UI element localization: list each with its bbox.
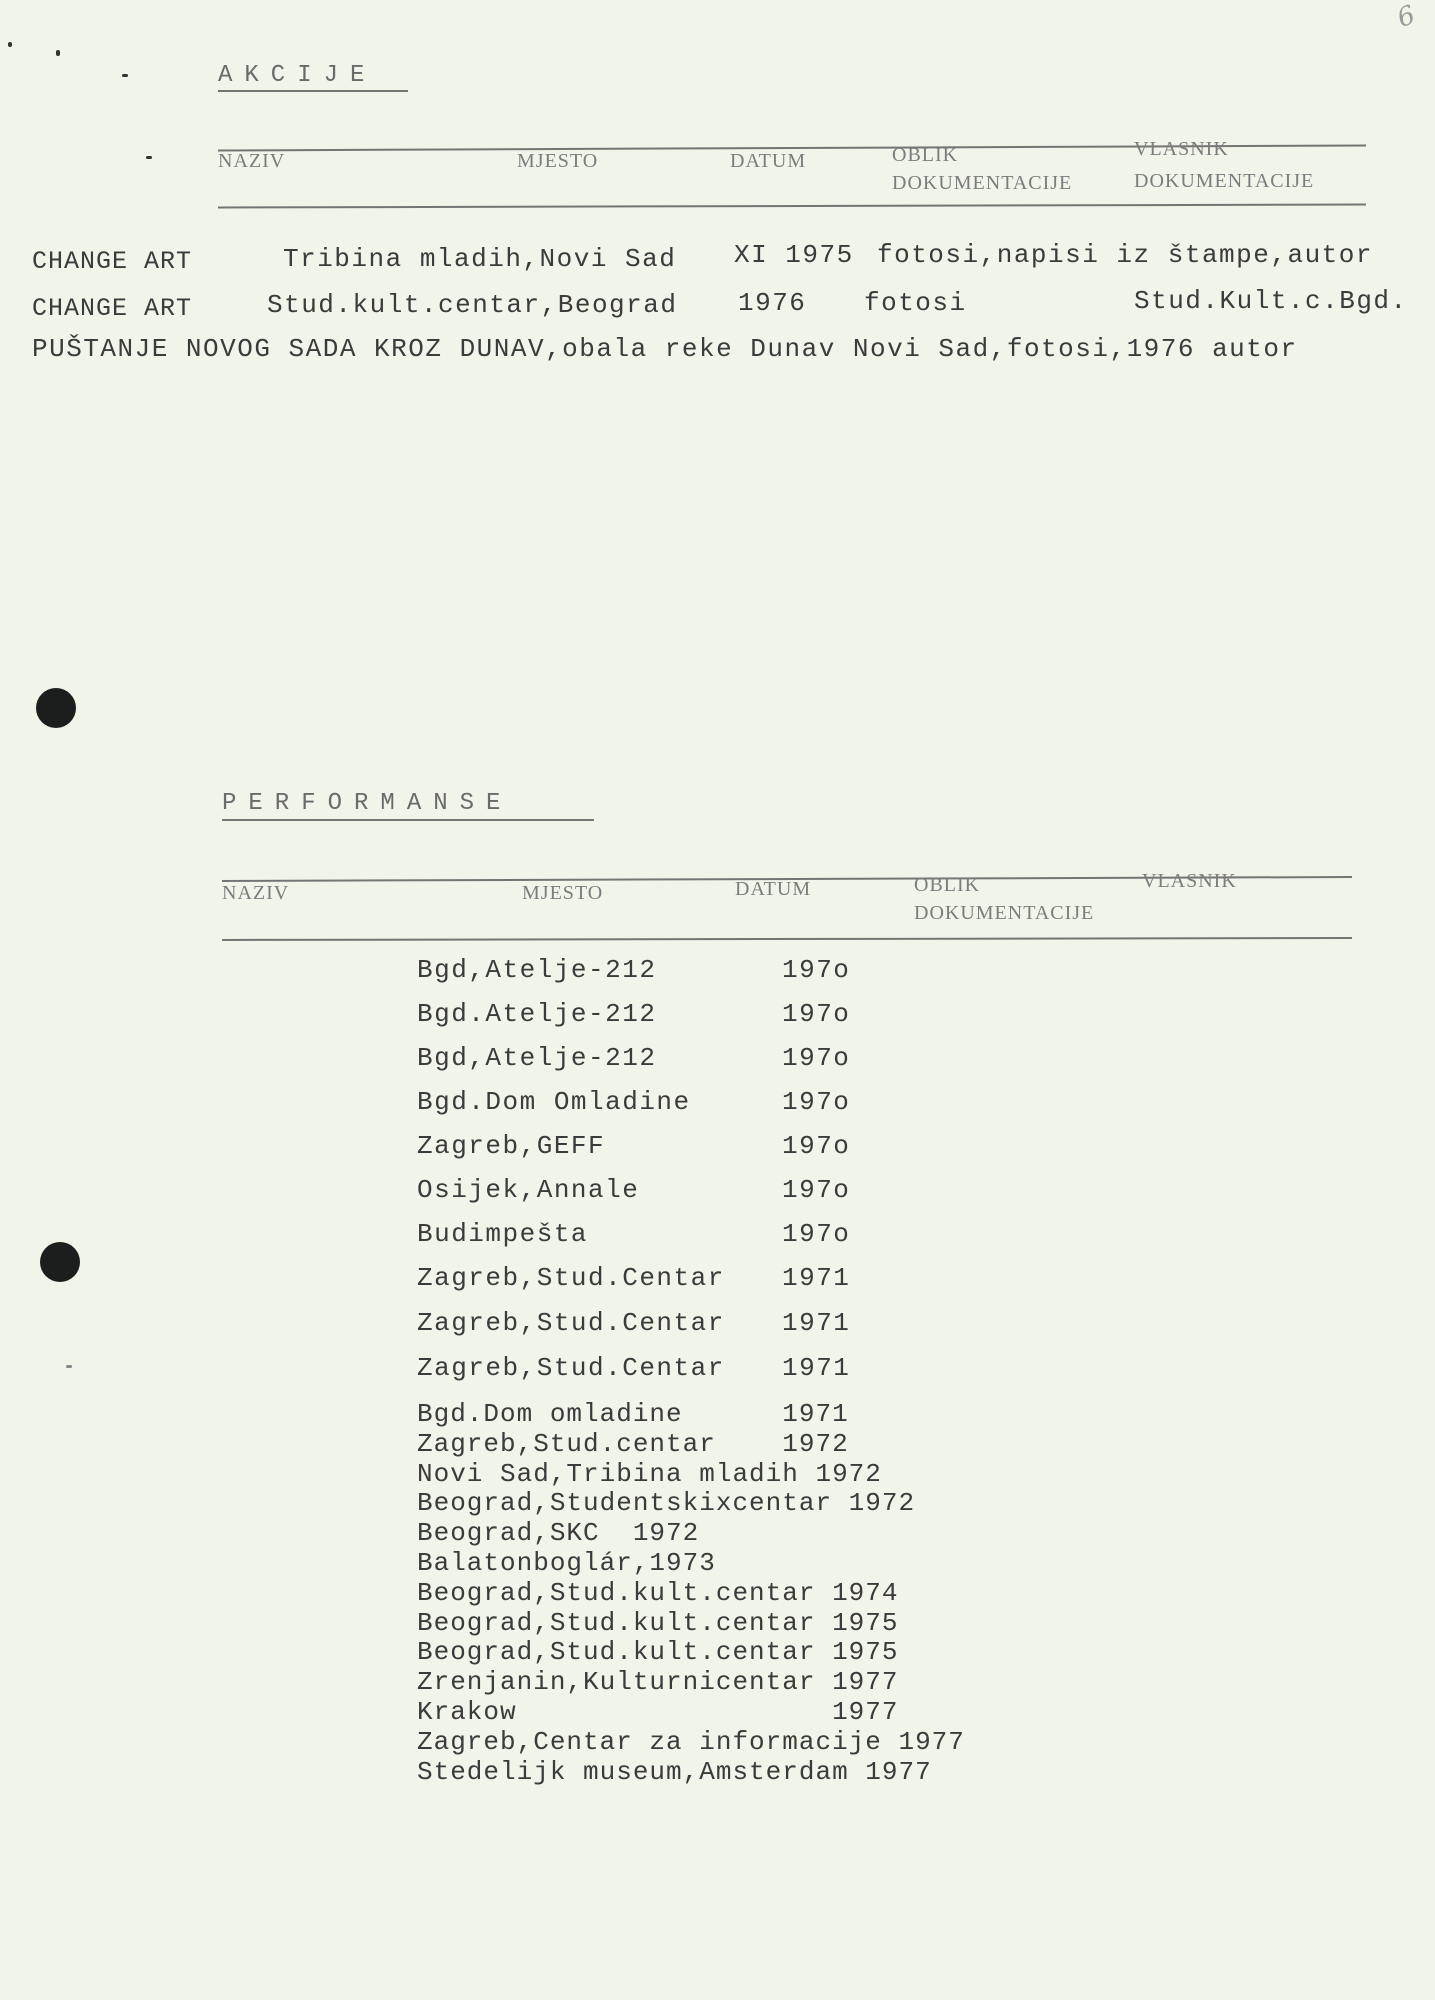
punch-hole: [40, 1242, 80, 1282]
speck: [56, 50, 60, 56]
cell-datum: 197o: [782, 1043, 850, 1073]
cell-datum: 197o: [782, 1131, 850, 1161]
header-naziv: NAZIV: [222, 882, 289, 905]
cell-datum: XI 1975: [734, 240, 854, 270]
cell-mjesto: Zagreb,Stud.Centar: [417, 1308, 725, 1338]
cell-mjesto: Osijek,Annale: [417, 1175, 639, 1205]
cell-oblik: fotosi,napisi iz štampe,autor: [877, 240, 1373, 270]
table-row: Beograd,Stud.kult.centar 1975: [417, 1637, 898, 1667]
punch-hole: [36, 688, 76, 728]
table-rule-bottom: [222, 937, 1352, 941]
cell-mjesto: Budimpešta: [417, 1219, 588, 1249]
cell-mjesto: Zagreb,Stud.Centar: [417, 1353, 725, 1383]
cell-datum: 1971: [782, 1263, 850, 1293]
cell-oblik: fotosi: [864, 288, 967, 318]
header-naziv: NAZIV: [218, 150, 285, 173]
table-row: Krakow 1977: [417, 1697, 898, 1727]
header-oblik: OBLIK: [914, 874, 980, 897]
speck: [8, 42, 12, 47]
header-datum: DATUM: [735, 878, 811, 901]
speck: [146, 156, 152, 159]
page-number: 6: [1393, 0, 1419, 34]
section-title-performanse: PERFORMANSE: [222, 790, 512, 817]
cell-mjesto: Bgd.Dom Omladine: [417, 1087, 691, 1117]
cell-datum: 197o: [782, 1219, 850, 1249]
cell-mjesto: Bgd.Atelje-212: [417, 999, 656, 1029]
cell-datum: 197o: [782, 1175, 850, 1205]
cell-vlasnik: Stud.Kult.c.Bgd.: [1134, 286, 1408, 316]
table-row: Zrenjanin,Kulturnicentar 1977: [417, 1667, 898, 1697]
cell-naziv: CHANGE ART: [32, 247, 192, 276]
cell-datum: 1971: [782, 1353, 850, 1383]
header-dokumentacije: DOKUMENTACIJE: [892, 172, 1072, 195]
cell-mjesto: Bgd,Atelje-212: [417, 1043, 656, 1073]
section-title-akcije: AKCIJE: [218, 62, 376, 89]
table-row: Stedelijk museum,Amsterdam 1977: [417, 1757, 932, 1787]
cell-naziv: CHANGE ART: [32, 294, 192, 323]
table-row: Beograd,Stud.kult.centar 1975: [417, 1608, 898, 1638]
title-underline: [222, 819, 594, 821]
table-row: Beograd,Stud.kult.centar 1974: [417, 1578, 898, 1608]
header-datum: DATUM: [730, 150, 806, 173]
table-rule-bottom: [218, 203, 1366, 208]
title-underline: [218, 90, 408, 92]
cell-mjesto: Tribina mladih,Novi Sad: [283, 244, 676, 274]
header-vlasnik: VLASNIK: [1142, 870, 1237, 893]
header-vlasnik: VLASNIK: [1134, 138, 1229, 161]
cell-mjesto: Zagreb,GEFF: [417, 1131, 605, 1161]
header-dokumentacije: DOKUMENTACIJE: [1134, 170, 1314, 193]
table-row: Beograd,Studentskixcentar 1972: [417, 1488, 915, 1518]
cell-datum: 197o: [782, 955, 850, 985]
speck: [122, 74, 128, 77]
header-mjesto: MJESTO: [517, 150, 598, 173]
table-row: Bgd.Dom omladine 1971: [417, 1399, 849, 1429]
table-row: Zagreb,Centar za informacije 1977: [417, 1727, 965, 1757]
table-row: Balatonboglár,1973: [417, 1548, 716, 1578]
header-oblik: OBLIK: [892, 144, 958, 167]
header-mjesto: MJESTO: [522, 882, 603, 905]
cell-datum: 1971: [782, 1308, 850, 1338]
speck: [66, 1365, 72, 1368]
cell-mjesto: Stud.kult.centar,Beograd: [267, 290, 677, 320]
cell-datum: 1976: [738, 288, 806, 318]
cell-mjesto: Bgd,Atelje-212: [417, 955, 656, 985]
table-row: Novi Sad,Tribina mladih 1972: [417, 1459, 882, 1489]
table-row-long: PUŠTANJE NOVOG SADA KROZ DUNAV,obala rek…: [32, 334, 1298, 364]
table-row: Zagreb,Stud.centar 1972: [417, 1429, 849, 1459]
cell-datum: 197o: [782, 1087, 850, 1117]
cell-datum: 197o: [782, 999, 850, 1029]
cell-mjesto: Zagreb,Stud.Centar: [417, 1263, 725, 1293]
header-dokumentacije: DOKUMENTACIJE: [914, 902, 1094, 925]
table-row: Beograd,SKC 1972: [417, 1518, 699, 1548]
